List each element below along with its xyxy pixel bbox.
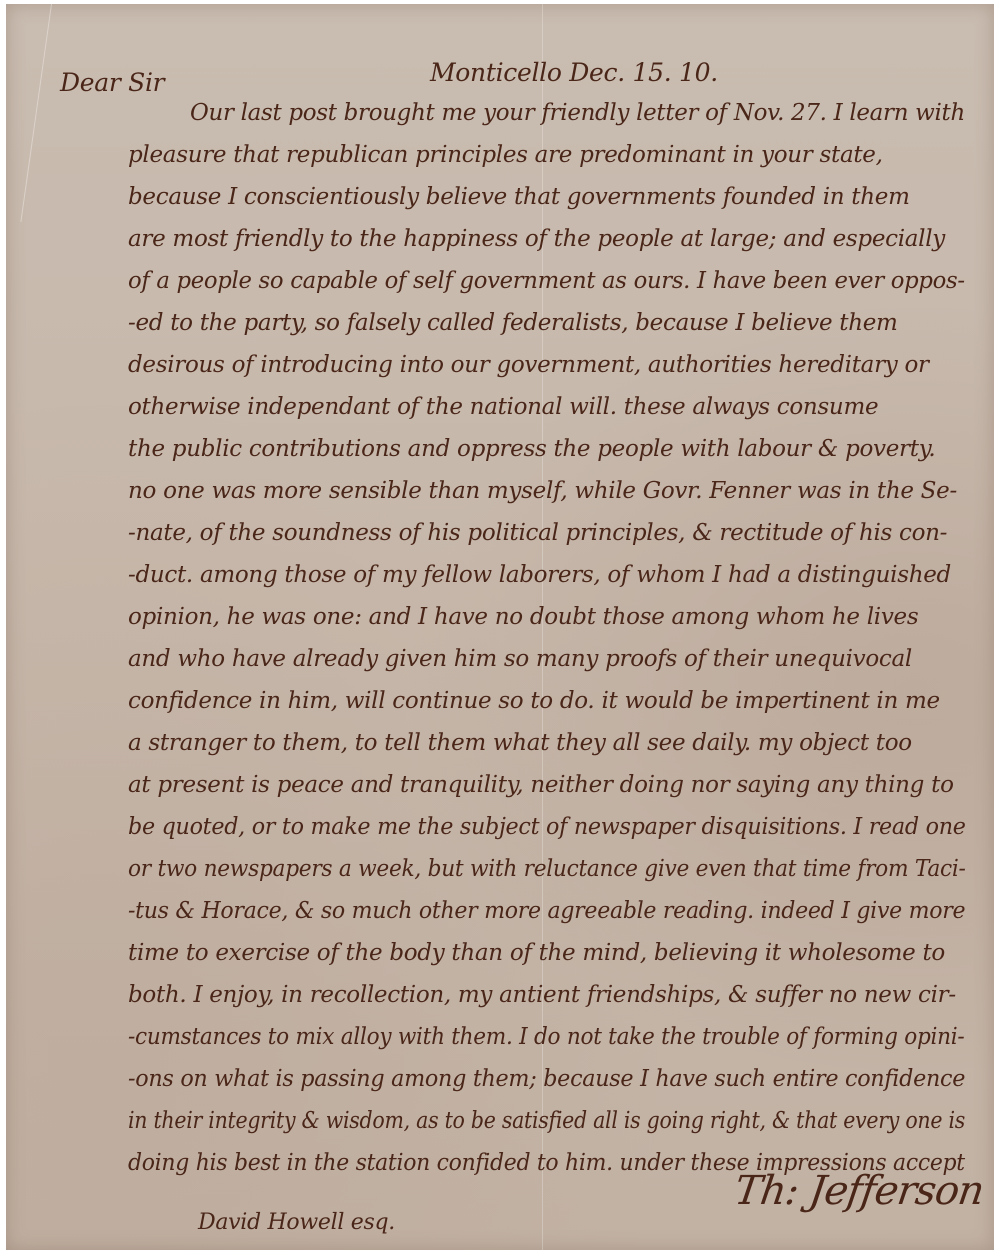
- letter-line: desirous of introducing into our governm…: [128, 352, 929, 378]
- letter-line: -nate, of the soundness of his political…: [128, 520, 947, 546]
- signature: Th: Jefferson: [732, 1168, 987, 1214]
- letter-line: are most friendly to the happiness of th…: [128, 226, 945, 252]
- recipient: David Howell esq.: [198, 1210, 395, 1235]
- letter-line: -tus & Horace, & so much other more agre…: [128, 898, 965, 924]
- letter-line: because I conscientiously believe that g…: [128, 184, 910, 210]
- letter-line: pleasure that republican principles are …: [128, 142, 883, 168]
- salutation: Dear Sir: [60, 68, 164, 97]
- letter-line: or two newspapers a week, but with reluc…: [128, 856, 966, 882]
- letter-line: and who have already given him so many p…: [128, 646, 912, 672]
- letter-line: no one was more sensible than myself, wh…: [128, 478, 957, 504]
- place-date: Monticello Dec. 15. 10.: [430, 58, 718, 87]
- letter-line: opinion, he was one: and I have no doubt…: [128, 604, 918, 630]
- fold-crease-edge: [20, 4, 52, 222]
- letter-line: -ons on what is passing among them; beca…: [128, 1066, 965, 1092]
- letter-line: -ed to the party, so falsely called fede…: [128, 310, 898, 336]
- letter-line: at present is peace and tranquility, nei…: [128, 772, 954, 798]
- letter-line: -cumstances to mix alloy with them. I do…: [128, 1024, 964, 1050]
- letter-line: both. I enjoy, in recollection, my antie…: [128, 982, 956, 1008]
- letter-line: confidence in him, will continue so to d…: [128, 688, 940, 714]
- letter-line: of a people so capable of self governmen…: [128, 268, 965, 294]
- letter-line: be quoted, or to make me the subject of …: [128, 814, 966, 840]
- letter-line: -duct. among those of my fellow laborers…: [128, 562, 951, 588]
- letter-line: a stranger to them, to tell them what th…: [128, 730, 912, 756]
- letter-line: Our last post brought me your friendly l…: [190, 100, 965, 126]
- letter-line: the public contributions and oppress the…: [128, 436, 935, 462]
- letter-line: otherwise independant of the national wi…: [128, 394, 878, 420]
- letter-line: time to exercise of the body than of the…: [128, 940, 945, 966]
- letter-line: in their integrity & wisdom, as to be sa…: [128, 1108, 965, 1134]
